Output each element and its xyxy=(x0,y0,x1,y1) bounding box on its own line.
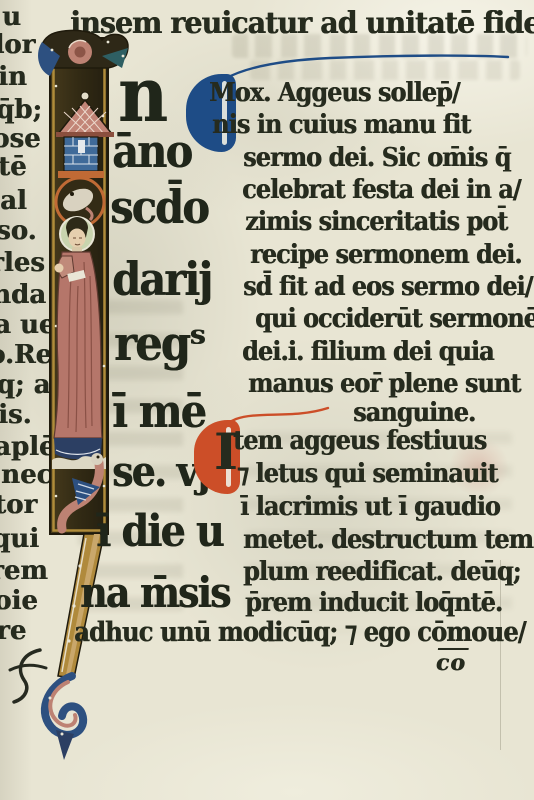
text-line: sanguine. xyxy=(353,400,475,426)
margin-fragment: in xyxy=(0,62,27,92)
text-line: plum reedificat. deūq; xyxy=(243,559,520,585)
display-word: ī mē xyxy=(112,384,205,438)
quire-mark: co xyxy=(434,650,468,676)
text-line: tem aggeus festiuus xyxy=(233,428,486,454)
margin-fragment: al xyxy=(0,186,27,216)
pen-flourish-icon xyxy=(6,646,50,706)
bottom-line: adhuc unū modicūq; ⁊ ego cōmoue/ xyxy=(74,617,526,648)
display-word: darij xyxy=(112,252,211,306)
display-word: ī die u xyxy=(96,506,223,557)
text-line: ī lacrimis ut ī gaudio xyxy=(240,494,500,520)
text-line: nis in cuius manu fit xyxy=(212,112,470,138)
margin-fragment: re xyxy=(0,616,26,646)
text-line: Mox. Aggeus sollep̄/ xyxy=(209,80,460,106)
text-line: p̄rem inducit loq̄ntē. xyxy=(245,590,502,616)
tail-curl xyxy=(45,676,83,760)
display-word: scd̄o xyxy=(110,180,208,234)
text-line: zimis sinceritatis pot̄ xyxy=(245,209,507,235)
text-line: manus eor̄ plene sunt xyxy=(248,371,520,397)
margin-fragment: tē xyxy=(0,152,27,182)
margin-fragment: u xyxy=(2,2,21,32)
text-line: qui occiderūt sermonē/ xyxy=(255,306,534,332)
display-word: regˢ xyxy=(114,316,204,372)
text-line: sermo dei. Sic om̄is q̄ xyxy=(243,145,510,171)
manuscript-page: insem reuicatur ad unitatē fidei. u dor … xyxy=(0,0,534,800)
margin-fragment: is. xyxy=(0,400,32,430)
text-column: Mox. Aggeus sollep̄/ nis in cuius manu f… xyxy=(243,0,523,800)
text-line: dei.i. filium dei quia xyxy=(242,339,494,365)
text-line: metet. destructum tem xyxy=(243,527,533,553)
text-line: sd̄ fit ad eos sermo dei/ xyxy=(243,274,532,300)
display-word: āno xyxy=(112,124,191,178)
paragraph-initial-I: I xyxy=(214,422,235,481)
display-word: na m̄sis xyxy=(80,568,229,617)
text-line: recipe sermonem dei. xyxy=(250,242,522,268)
text-line: ⁊ letus qui seminauit xyxy=(237,461,497,487)
text-line: celebrat festa dei in a/ xyxy=(242,177,520,203)
